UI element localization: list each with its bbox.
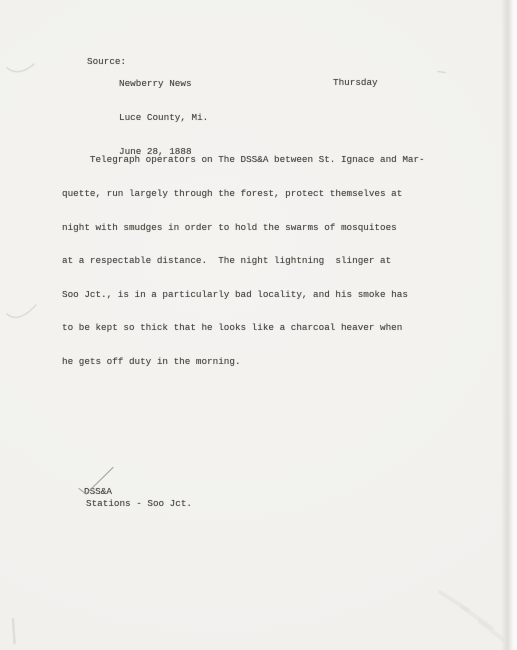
scanned-document-page: Source: Newberry News Luce County, Mi. J… (0, 0, 517, 650)
source-publication: Newberry News (119, 78, 208, 89)
paper-speck (438, 72, 445, 73)
paragraph-line-5: Soo Jct., is in a particularly bad local… (62, 289, 425, 300)
paper-smudge-bottom-right (440, 592, 504, 640)
paragraph-line-3: night with smudges in order to hold the … (62, 222, 425, 233)
paragraph-line-7: he gets off duty in the morning. (62, 356, 425, 367)
paper-crease-top-left (7, 64, 34, 72)
paragraph-line-2: quette, run largely through the forest, … (62, 188, 425, 199)
article-paragraph: Telegraph operators on The DSS&A between… (62, 132, 425, 390)
paragraph-line-4: at a respectable distance. The night lig… (62, 255, 425, 266)
paragraph-line-6: to be kept so thick that he looks like a… (62, 322, 425, 333)
notation-railroad-label: DSS&A (84, 486, 112, 497)
paper-edge-shadow (501, 0, 517, 650)
paper-crease-middle-left (7, 305, 36, 317)
notation-stations-label: Stations - Soo Jct. (86, 498, 192, 509)
paper-smudge-bottom-left (13, 619, 15, 643)
source-location: Luce County, Mi. (119, 112, 208, 123)
paragraph-line-1: Telegraph operators on The DSS&A between… (62, 154, 425, 165)
day-of-week: Thursday (333, 77, 378, 88)
